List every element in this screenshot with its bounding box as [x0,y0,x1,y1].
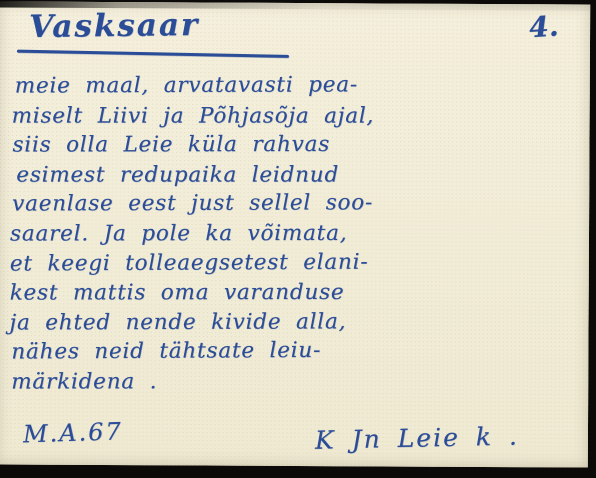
manuscript-line: nähes neid tähtsate leiu- [11,335,582,368]
collector-code: M.A.67 [23,417,123,448]
title-underline [17,50,289,58]
index-card: Vasksaar 4. meie maal, arvatavasti pea- … [0,1,590,467]
manuscript-line: vaenlase eest just sellel soo- [12,188,583,220]
manuscript-line: et keegi tolleaegsetest elani- [10,246,583,279]
manuscript-body: meie maal, arvatavasti pea- miselt Liivi… [9,72,584,401]
manuscript-line: meie maal, arvatavasti pea- [15,70,584,102]
manuscript-line: siis olla Leie küla rahvas [12,130,583,161]
location-code: K Jn Leie k . [315,422,519,455]
manuscript-line: saarel. Ja pole ka võimata, [10,218,583,249]
scan-background: Vasksaar 4. meie maal, arvatavasti pea- … [0,0,596,478]
page-number: 4. [528,9,559,44]
manuscript-line: esimest redupaika leidnud [16,160,583,190]
card-title: Vasksaar [29,7,200,45]
manuscript-line: miselt Liivi ja Põhjasõja ajal, [12,101,584,131]
manuscript-line: kest mattis oma varanduse [10,278,583,309]
manuscript-line: ja ehted nende kivide alla, [9,306,582,338]
manuscript-line: märkidena . [11,366,582,397]
